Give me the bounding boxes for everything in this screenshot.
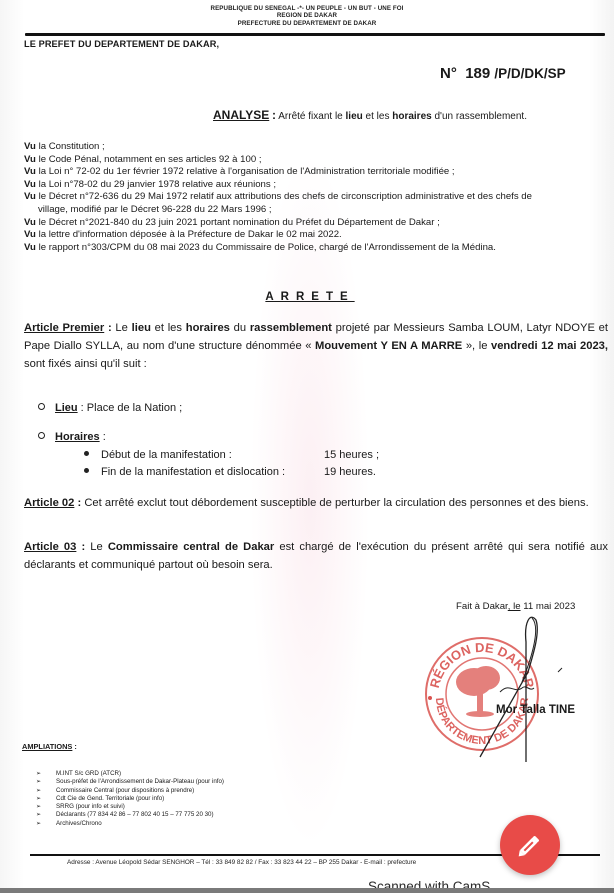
header-divider	[25, 33, 605, 36]
considerations-list: Vu la Constitution ; Vu le Code Pénal, n…	[24, 141, 606, 254]
letterhead-region: REGION DE DAKAR	[0, 12, 614, 19]
arrow-bullet-icon: ➢	[36, 811, 56, 819]
ampliation-text: Archives/Chrono	[56, 820, 102, 827]
signer-name: Mor Talla TINE	[496, 704, 575, 716]
consideration-item: Vu la lettre d'information déposée à la …	[24, 229, 606, 242]
reference-value: 189	[465, 65, 490, 82]
ampliations-label: AMPLIATIONS	[22, 742, 72, 751]
circle-bullet-icon	[38, 432, 45, 439]
ampliation-item: ➢Déclarants (77 834 42 86 – 77 802 40 15…	[36, 811, 224, 819]
article-bold: Commissaire central de Dakar	[108, 541, 274, 553]
analyse-text: et les	[363, 111, 392, 122]
lieu-label: Lieu	[55, 402, 78, 414]
horaires-sep: :	[100, 431, 106, 443]
ampliation-text: Sous-préfet de l'Arrondissement de Dakar…	[56, 778, 224, 785]
consideration-item: Vu le Décret n°72-636 du 29 Mai 1972 rel…	[24, 191, 606, 204]
analyse-bold-lieu: lieu	[346, 111, 363, 122]
vu-keyword: Vu	[24, 229, 36, 240]
article-colon: :	[76, 541, 85, 553]
consideration-text: le Décret n°72-636 du 29 Mai 1972 relati…	[39, 191, 532, 202]
vu-keyword: Vu	[24, 154, 36, 165]
date: 11 mai 2023	[521, 601, 576, 612]
article-premier-label: Article Premier	[24, 322, 104, 334]
ampliation-item: ➢Commissaire Central (pour dispositions …	[36, 787, 224, 795]
hour-value: 15 heures ;	[324, 449, 379, 461]
ampliation-text: SRRG (pour info et suivi)	[56, 803, 125, 810]
analyse-colon: :	[272, 108, 276, 122]
article-premier: Article Premier : Le lieu et les horaire…	[24, 319, 608, 373]
reference-number: N° 189 /P/D/DK/SP	[440, 65, 566, 82]
hour-label: Fin de la manifestation et dislocation :	[101, 466, 285, 478]
article-text: Le	[112, 322, 132, 334]
vu-keyword: Vu	[24, 217, 36, 228]
movement-name: Mouvement Y EN A MARRE	[315, 340, 462, 352]
arrow-bullet-icon: ➢	[36, 795, 56, 803]
analyse-bold-horaires: horaires	[392, 111, 431, 122]
ampliation-item: ➢Cdt Cie de Gend. Territoriale (pour inf…	[36, 795, 224, 803]
document-page: REPUBLIQUE DU SENEGAL -*- UN PEUPLE - UN…	[0, 0, 614, 893]
letterhead: REPUBLIQUE DU SENEGAL -*- UN PEUPLE - UN…	[0, 5, 614, 27]
ampliation-item: ➢Sous-préfet de l'Arrondissement de Daka…	[36, 778, 224, 786]
dot-bullet-icon	[84, 468, 89, 473]
consideration-continuation: village, modifié par le Décret 96-228 du…	[24, 204, 606, 217]
dot-bullet-icon	[84, 451, 89, 456]
issuing-authority: LE PREFET DU DEPARTEMENT DE DAKAR,	[24, 39, 219, 49]
consideration-item: Vu la Loi n°78-02 du 29 janvier 1978 rel…	[24, 179, 606, 192]
vu-keyword: Vu	[24, 242, 36, 253]
consideration-item: Vu la Loi n° 72-02 du 1er février 1972 r…	[24, 166, 606, 179]
place-date-le: , le	[508, 601, 521, 612]
horaires-label: Horaires	[55, 431, 100, 443]
consideration-item: Vu le rapport n°303/CPM du 08 mai 2023 d…	[24, 242, 606, 255]
article-text: Cet arrêté exclut tout débordement susce…	[81, 497, 588, 509]
lieu-sep: :	[78, 402, 87, 414]
ampliation-text: Déclarants (77 834 42 86 – 77 802 40 15 …	[56, 811, 214, 818]
hour-end: Fin de la manifestation et dislocation :…	[84, 466, 285, 478]
article-bold: lieu	[132, 322, 151, 334]
ampliations-list: ➢M.INT S/c GRD (ATCR) ➢Sous-préfet de l'…	[36, 770, 224, 828]
arrow-bullet-icon: ➢	[36, 820, 56, 828]
footer-address: Adresse : Avenue Léopold Sédar SENGHOR –…	[67, 859, 416, 866]
horaires-item: Horaires :	[38, 431, 106, 443]
consideration-text: la lettre d'information déposée à la Pré…	[39, 229, 342, 240]
lieu-item: Lieu : Place de la Nation ;	[38, 402, 182, 414]
decree-title: ARRETE	[0, 291, 614, 303]
arrow-bullet-icon: ➢	[36, 778, 56, 786]
consideration-text: la Constitution ;	[39, 141, 105, 152]
analyse-text: d'un rassemblement.	[432, 111, 527, 122]
consideration-text: la Loi n°78-02 du 29 janvier 1978 relati…	[39, 179, 276, 190]
article-text: », le	[462, 340, 491, 352]
vu-keyword: Vu	[24, 191, 36, 202]
ampliation-item: ➢M.INT S/c GRD (ATCR)	[36, 770, 224, 778]
article-text: et les	[151, 322, 186, 334]
ampliations-title: AMPLIATIONS :	[22, 742, 77, 751]
hour-label: Début de la manifestation :	[101, 449, 232, 461]
ampliation-text: Cdt Cie de Gend. Territoriale (pour info…	[56, 795, 164, 802]
consideration-text: le rapport n°303/CPM du 08 mai 2023 du C…	[39, 242, 496, 253]
article-text: du	[230, 322, 250, 334]
place-date: Fait à Dakar, le 11 mai 2023	[456, 601, 575, 612]
handwritten-signature-icon	[470, 612, 570, 762]
consideration-item: Vu le Code Pénal, notamment en ses artic…	[24, 154, 606, 167]
arrow-bullet-icon: ➢	[36, 787, 56, 795]
ampliation-text: Commissaire Central (pour dispositions à…	[56, 787, 194, 794]
bottom-bar	[0, 888, 614, 893]
consideration-item: Vu le Décret n°2021-840 du 23 juin 2021 …	[24, 217, 606, 230]
edit-fab-button[interactable]	[500, 815, 560, 875]
reference-suffix: /P/D/DK/SP	[494, 66, 565, 81]
pencil-icon	[515, 830, 545, 860]
ampliation-text: M.INT S/c GRD (ATCR)	[56, 770, 121, 777]
analyse-text: Arrêté fixant le	[278, 111, 345, 122]
ampliations-colon: :	[72, 742, 77, 751]
consideration-item: Vu la Constitution ;	[24, 141, 606, 154]
consideration-text: le Code Pénal, notamment en ses articles…	[39, 154, 262, 165]
letterhead-republic: REPUBLIQUE DU SENEGAL -*- UN PEUPLE - UN…	[0, 5, 614, 12]
article-03-label: Article 03	[24, 541, 76, 553]
place: Fait à Dakar	[456, 601, 508, 612]
article-bold: rassemblement	[250, 322, 332, 334]
letterhead-prefecture: PREFECTURE DU DEPARTEMENT DE DAKAR	[0, 20, 614, 27]
consideration-text: le Décret n°2021-840 du 23 juin 2021 por…	[39, 217, 440, 228]
article-text: sont fixés ainsi qu'il suit :	[24, 358, 147, 370]
analyse-label: ANALYSE	[213, 108, 269, 122]
article-colon: :	[104, 322, 111, 334]
hour-start: Début de la manifestation :15 heures ;	[84, 449, 232, 461]
lieu-value: Place de la Nation ;	[87, 402, 182, 414]
article-bold: horaires	[186, 322, 230, 334]
event-date: vendredi 12 mai 2023,	[491, 340, 608, 352]
reference-prefix: N°	[440, 65, 457, 82]
consideration-text: la Loi n° 72-02 du 1er février 1972 rela…	[39, 166, 455, 177]
hour-value: 19 heures.	[324, 466, 376, 478]
ampliation-item: ➢Archives/Chrono	[36, 820, 224, 828]
analyse-line: ANALYSE : Arrêté fixant le lieu et les h…	[213, 108, 527, 122]
ampliation-item: ➢SRRG (pour info et suivi)	[36, 803, 224, 811]
article-02: Article 02 : Cet arrêté exclut tout débo…	[24, 494, 608, 512]
arrow-bullet-icon: ➢	[36, 770, 56, 778]
vu-keyword: Vu	[24, 141, 36, 152]
article-02-label: Article 02	[24, 497, 74, 509]
vu-keyword: Vu	[24, 166, 36, 177]
arrow-bullet-icon: ➢	[36, 803, 56, 811]
circle-bullet-icon	[38, 403, 45, 410]
article-03: Article 03 : Le Commissaire central de D…	[24, 538, 608, 574]
vu-keyword: Vu	[24, 179, 36, 190]
article-text: Le	[85, 541, 108, 553]
